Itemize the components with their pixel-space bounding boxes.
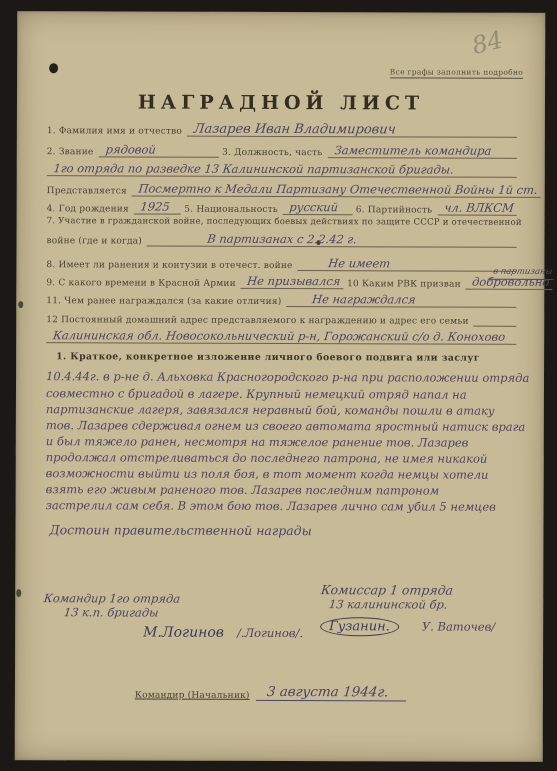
document-title: НАГРАДНОЙ ЛИСТ <box>17 91 545 115</box>
field-row-name: 1. Фамилия имя и отчество Лазарев Иван В… <box>47 117 517 138</box>
name-label: 1. Фамилия имя и отчество <box>47 126 187 136</box>
right-signer-unit: 13 калининской бр. <box>328 597 497 612</box>
left-signer-name: /.Логинов/. <box>237 626 303 640</box>
position-value: Заместитель командира <box>327 144 518 159</box>
rvk-value-superscript: в партизаны <box>489 266 557 280</box>
address-value: Калининская обл. Новосокольнический р-н,… <box>46 329 518 345</box>
left-signer-role: Командир 1го отряда <box>43 591 304 606</box>
left-signer-unit: 13 к.п. бригады <box>63 605 304 620</box>
pencil-corner-mark: 84 <box>470 25 506 59</box>
scanned-document-background: 84 Все графы заполнить подробно НАГРАДНО… <box>0 0 557 771</box>
rank-value: рядовой <box>98 143 219 157</box>
participation-value: В партизанах с 2.2.42 г. <box>147 233 518 248</box>
participation-label2: войне (где и когда) <box>46 236 147 246</box>
field-row-previous-awards: 11. Чем ранее награждался (за какие отли… <box>46 287 516 308</box>
punch-hole <box>49 63 58 73</box>
footer-commander-label: Командир (Начальник) <box>135 690 250 700</box>
participation-label: 7. Участие в гражданской войне, последую… <box>47 216 522 228</box>
signature-block-left: Командир 1го отряда 13 к.п. бригады М.Ло… <box>43 591 303 641</box>
feat-conclusion: Достоин правительственной награды <box>49 522 311 538</box>
fill-all-fields-note: Все графы заполнить подробно <box>390 67 523 78</box>
field-row-participation-label: 7. Участие в гражданской войне, последую… <box>47 212 517 228</box>
paper-speck <box>16 589 21 597</box>
position-label: 3. Должность, часть <box>218 148 327 158</box>
paper-speck <box>18 301 23 308</box>
right-signature: Гузанин. <box>320 617 399 636</box>
name-value: Лазарев Иван Владимирович <box>187 123 518 138</box>
field-row-position-cont: 1го отряда по разведке 13 Калининской па… <box>47 157 517 178</box>
left-signature: М.Логинов <box>143 625 224 641</box>
footer-date-value: 3 августа 1944г. <box>256 684 407 702</box>
field-row-address-value: Калининская обл. Новосокольнический р-н,… <box>46 324 516 345</box>
position-value-line2: 1го отряда по разведке 13 Калининской па… <box>47 162 519 178</box>
rank-label: 2. Звание <box>47 147 99 157</box>
feat-section-heading: 1. Краткое, конкретное изложение личного… <box>56 351 514 364</box>
previous-awards-value: Не награждался <box>286 293 517 308</box>
document-paper: 84 Все графы заполнить подробно НАГРАДНО… <box>15 11 546 762</box>
signature-block-right: Комиссар 1 отряда 13 калининской бр. Гуз… <box>320 582 495 635</box>
right-signer-name: У. Ваточев/ <box>422 619 495 633</box>
right-signer-role: Комиссар 1 отряда <box>320 582 497 598</box>
footer-date-row: Командир (Начальник) 3 августа 1944г. <box>135 683 405 701</box>
field-row-rank-position: 2. Звание рядовой 3. Должность, часть За… <box>47 138 517 159</box>
field-row-participation-value: войне (где и когда) В партизанах с 2.2.4… <box>46 227 516 248</box>
feat-text-line: застрелил сам себя. В этом бою тов. Лаза… <box>46 498 496 514</box>
